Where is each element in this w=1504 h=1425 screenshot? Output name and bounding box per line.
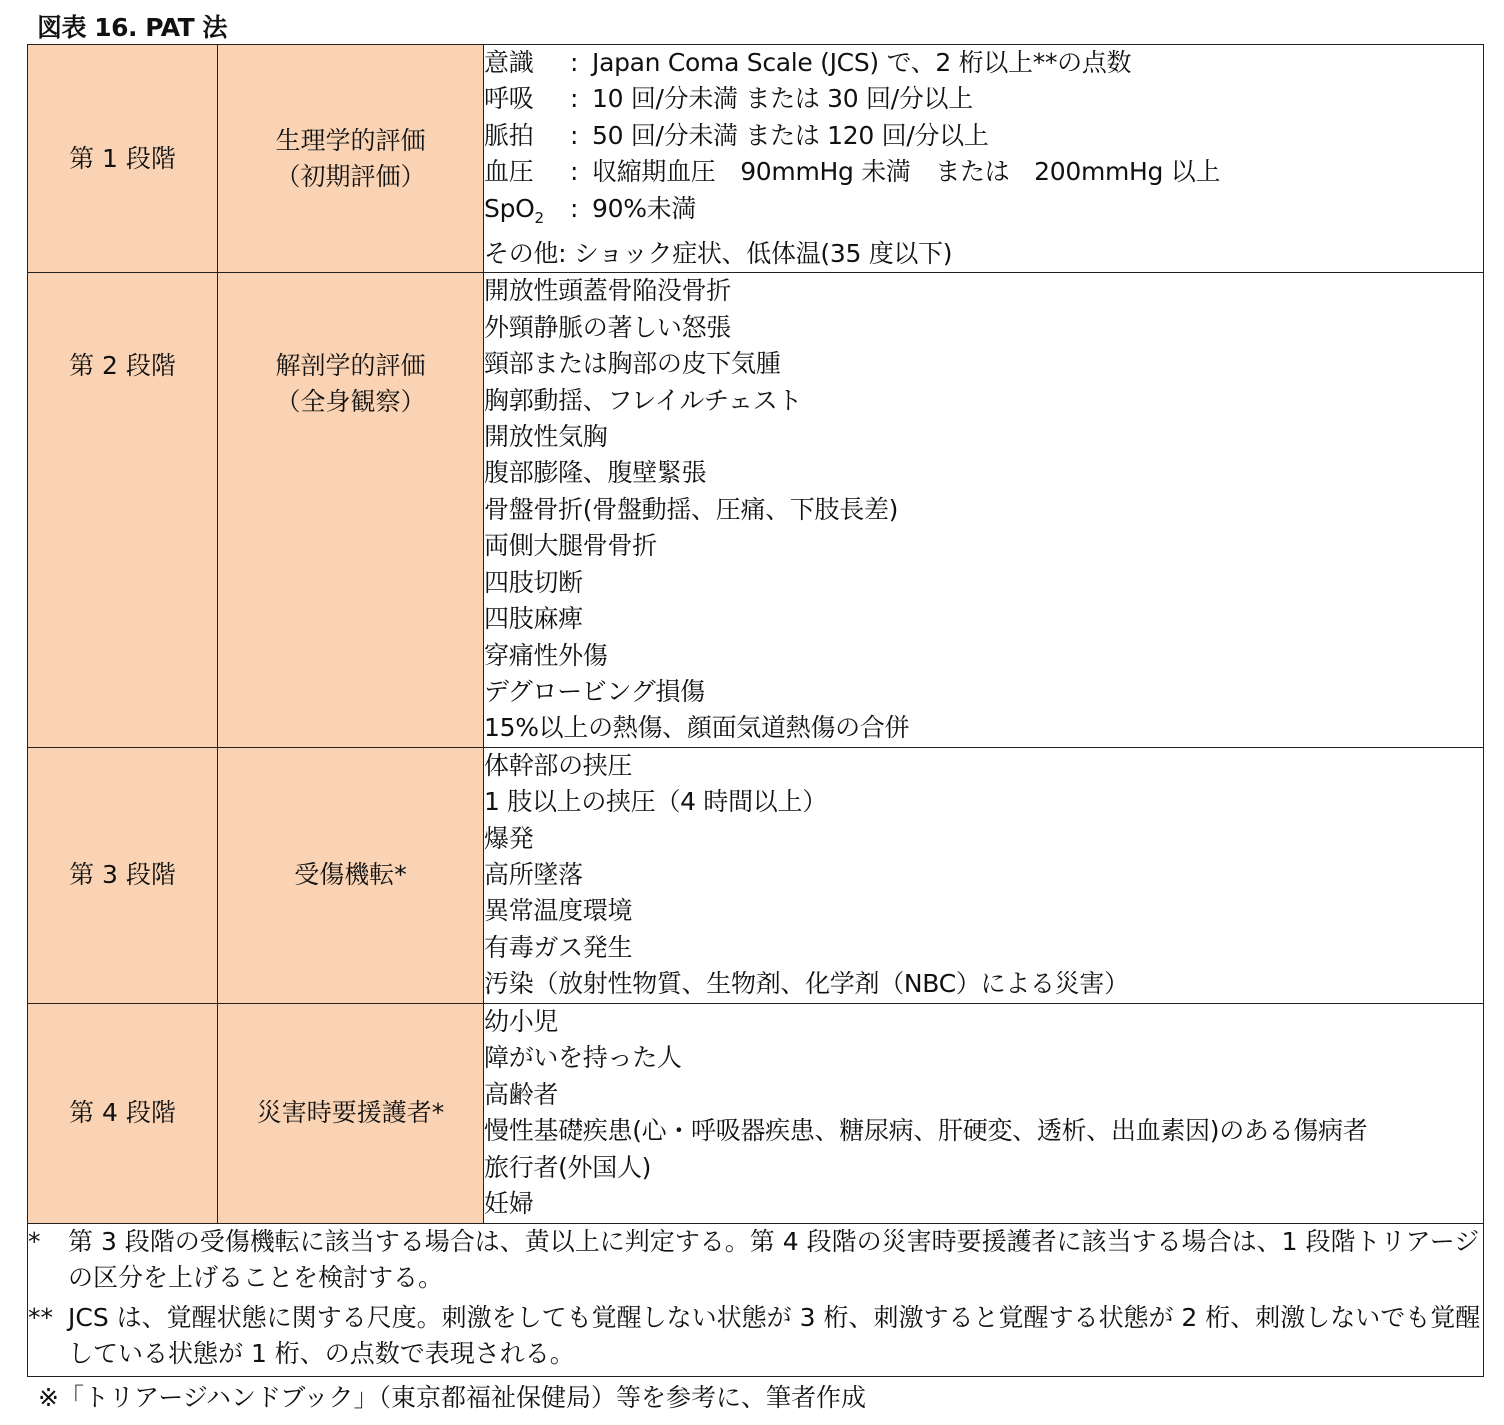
footnote-1: *第 3 段階の受傷機転に該当する場合は、黄以上に判定する。第 4 段階の災害時… <box>28 1224 1483 1296</box>
stage-label: 第 2 段階 <box>28 273 218 747</box>
list-item: 四肢麻痺 <box>484 601 1483 637</box>
list-item: 異常温度環境 <box>484 893 1483 929</box>
list-item: 血圧:収縮期血圧 90mmHg 未満 または 200mmHg 以上 <box>484 154 1483 190</box>
stage-label: 第 1 段階 <box>28 45 218 273</box>
stage-label: 第 3 段階 <box>28 747 218 1003</box>
list-item: 四肢切断 <box>484 565 1483 601</box>
footnote-2: **JCS は、覚醒状態に関する尺度。刺激をしても覚醒しない状態が 3 桁、刺激… <box>28 1300 1483 1372</box>
list-item: 呼吸:10 回/分未満 または 30 回/分以上 <box>484 81 1483 117</box>
category-label: 受傷機転* <box>218 747 484 1003</box>
list-item: 1 肢以上の挟圧（4 時間以上） <box>484 784 1483 820</box>
list-item: 両側大腿骨骨折 <box>484 528 1483 564</box>
list-item: 胸郭動揺、フレイルチェスト <box>484 383 1483 419</box>
criteria-list: 幼小児 障がいを持った人 高齢者 慢性基礎疾患(心・呼吸器疾患、糖尿病、肝硬変、… <box>484 1003 1484 1223</box>
list-item: 爆発 <box>484 821 1483 857</box>
table-row-notes: *第 3 段階の受傷機転に該当する場合は、黄以上に判定する。第 4 段階の災害時… <box>28 1223 1484 1376</box>
notes-cell: *第 3 段階の受傷機転に該当する場合は、黄以上に判定する。第 4 段階の災害時… <box>28 1223 1484 1376</box>
list-item: 開放性頭蓋骨陥没骨折 <box>484 273 1483 309</box>
table-row-stage-1: 第 1 段階 生理学的評価 （初期評価） 意識:Japan Coma Scale… <box>28 45 1484 273</box>
list-item: 腹部膨隆、腹壁緊張 <box>484 455 1483 491</box>
list-item: 妊婦 <box>484 1186 1483 1222</box>
list-item: 15%以上の熱傷、顔面気道熱傷の合併 <box>484 710 1483 746</box>
list-item: 障がいを持った人 <box>484 1040 1483 1076</box>
list-item: 慢性基礎疾患(心・呼吸器疾患、糖尿病、肝硬変、透析、出血素因)のある傷病者 <box>484 1113 1483 1149</box>
criteria-list: 開放性頭蓋骨陥没骨折 外頸静脈の著しい怒張 頸部または胸部の皮下気腫 胸郭動揺、… <box>484 273 1484 747</box>
list-item: 汚染（放射性物質、生物剤、化学剤（NBC）による災害） <box>484 966 1483 1002</box>
list-item: 穿痛性外傷 <box>484 638 1483 674</box>
list-item: 開放性気胸 <box>484 419 1483 455</box>
list-item: SpO2:90%未満 <box>484 191 1483 236</box>
figure-title: 図表 16. PAT 法 <box>37 8 227 44</box>
list-item: 意識:Japan Coma Scale (JCS) で、2 桁以上**の点数 <box>484 45 1483 81</box>
list-item: 外頸静脈の著しい怒張 <box>484 310 1483 346</box>
list-item: 高所墜落 <box>484 857 1483 893</box>
list-item: 旅行者(外国人) <box>484 1150 1483 1186</box>
table-row-stage-4: 第 4 段階 災害時要援護者* 幼小児 障がいを持った人 高齢者 慢性基礎疾患(… <box>28 1003 1484 1223</box>
list-item: その他: ショック症状、低体温(35 度以下) <box>484 236 1483 272</box>
list-item: 頸部または胸部の皮下気腫 <box>484 346 1483 382</box>
list-item: 脈拍:50 回/分未満 または 120 回/分以上 <box>484 118 1483 154</box>
category-label: 生理学的評価 （初期評価） <box>218 45 484 273</box>
list-item: 有毒ガス発生 <box>484 930 1483 966</box>
criteria-list: 体幹部の挟圧 1 肢以上の挟圧（4 時間以上） 爆発 高所墜落 異常温度環境 有… <box>484 747 1484 1003</box>
source-note: ※「トリアージハンドブック」（東京都福祉保健局）等を参考に、筆者作成 <box>38 1378 866 1414</box>
criteria-list: 意識:Japan Coma Scale (JCS) で、2 桁以上**の点数 呼… <box>484 45 1484 273</box>
list-item: 高齢者 <box>484 1077 1483 1113</box>
list-item: 幼小児 <box>484 1004 1483 1040</box>
table-row-stage-2: 第 2 段階 解剖学的評価 （全身観察） 開放性頭蓋骨陥没骨折 外頸静脈の著しい… <box>28 273 1484 747</box>
list-item: デグロービング損傷 <box>484 674 1483 710</box>
list-item: 体幹部の挟圧 <box>484 748 1483 784</box>
stage-label: 第 4 段階 <box>28 1003 218 1223</box>
table-row-stage-3: 第 3 段階 受傷機転* 体幹部の挟圧 1 肢以上の挟圧（4 時間以上） 爆発 … <box>28 747 1484 1003</box>
list-item: 骨盤骨折(骨盤動揺、圧痛、下肢長差) <box>484 492 1483 528</box>
category-label: 災害時要援護者* <box>218 1003 484 1223</box>
category-label: 解剖学的評価 （全身観察） <box>218 273 484 747</box>
pat-table: 第 1 段階 生理学的評価 （初期評価） 意識:Japan Coma Scale… <box>27 44 1484 1377</box>
